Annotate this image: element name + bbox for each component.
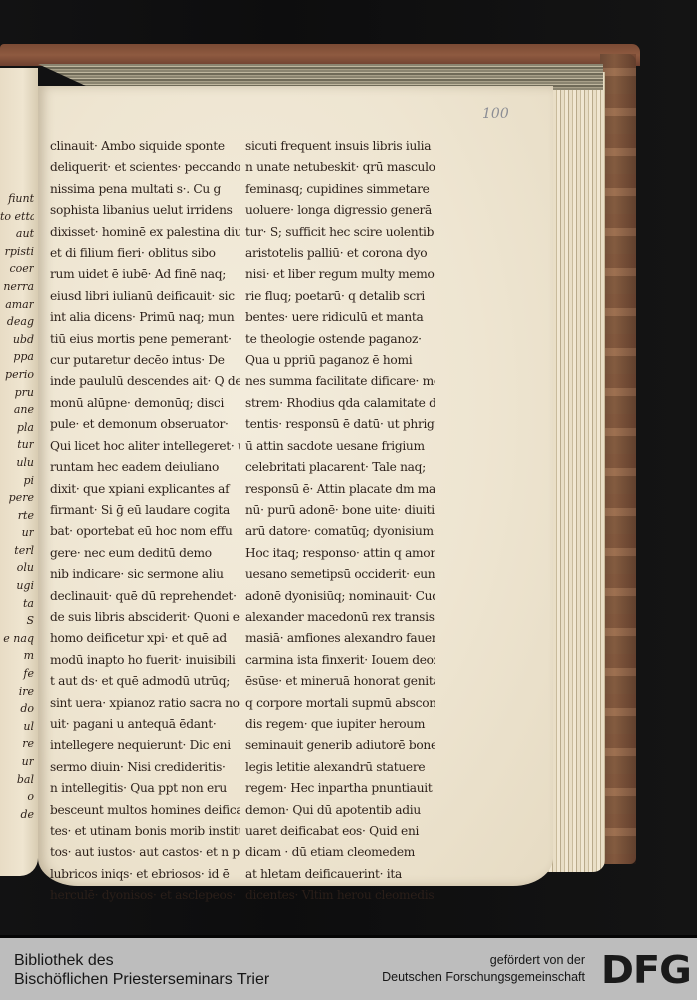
text-line: uoluere· longa digressio generā <box>245 200 435 221</box>
text-line: intellegere nequierunt· Dic eni <box>50 735 240 756</box>
text-line: masiā· amfiones alexandro fauentes· <box>245 628 435 649</box>
text-line: alexander macedonū rex transisset <box>245 607 435 628</box>
text-line: feminasq; cupidines simmetare <box>245 179 435 200</box>
text-line: deliquerit· et scientes· peccando dig <box>50 157 240 178</box>
text-line: seminauit generib adiutorē bone <box>245 735 435 756</box>
text-line: uit· pagani u antequā ēdant· <box>50 714 240 735</box>
left-text-fragment: ppa <box>0 348 34 366</box>
text-line: monū alūpne· demonūq; disci <box>50 393 240 414</box>
text-line: inde paululū descendes ait· Q de <box>50 371 240 392</box>
left-text-fragment: ubd <box>0 331 34 349</box>
text-line: de suis libris absciderit· Quoni eni <box>50 607 240 628</box>
text-line: dis regem· que iupiter heroum <box>245 714 435 735</box>
text-line: responsū ē· Attin placate dm mag <box>245 479 435 500</box>
text-line: lubricos iniqs· et ebriosos· id ē <box>50 864 240 885</box>
left-text-fragment: terl <box>0 542 34 560</box>
left-text-fragment: ta <box>0 595 34 613</box>
left-text-fragment: ugi <box>0 577 34 595</box>
left-text-fragment: o <box>0 788 34 806</box>
text-line: besceunt multos homines deifican <box>50 800 240 821</box>
left-text-fragment: amar <box>0 296 34 314</box>
library-name: Bibliothek des Bischöflichen Priestersem… <box>14 951 269 989</box>
left-text-fragment: ul <box>0 718 34 736</box>
text-line: q corpore mortali supmū abscon <box>245 693 435 714</box>
manuscript-image: fiuntto ettaautrpisticoernerraamardeagub… <box>0 0 697 935</box>
left-text-fragment: tur <box>0 436 34 454</box>
funding-line2: Deutschen Forschungsgemeinschaft <box>382 969 585 986</box>
text-line: n intellegitis· Qua ppt non eru <box>50 778 240 799</box>
left-page-text: fiuntto ettaautrpisticoernerraamardeagub… <box>0 190 34 823</box>
text-line: Hoc itaq; responso· attin q amore <box>245 543 435 564</box>
text-line: herculē· dyonisos· et asclepeos· <box>50 885 240 906</box>
left-text-fragment: fe <box>0 665 34 683</box>
book-cover-top <box>0 44 640 66</box>
left-text-fragment: pla <box>0 419 34 437</box>
text-line: celebritati placarent· Tale naq; <box>245 457 435 478</box>
text-line: adonē dyonisiūq; nominauit· Cuq; <box>245 586 435 607</box>
left-text-fragment: fiunt <box>0 190 34 208</box>
left-text-fragment: rte <box>0 507 34 525</box>
text-line: sermo diuin· Nisi credideritis· <box>50 757 240 778</box>
left-page: fiuntto ettaautrpisticoernerraamardeagub… <box>0 68 38 876</box>
left-text-fragment: re <box>0 735 34 753</box>
left-text-fragment: do <box>0 700 34 718</box>
left-text-fragment: coer <box>0 260 34 278</box>
left-text-fragment: rpisti <box>0 243 34 261</box>
text-line: rum uidet ē iubē· Ad finē naq; <box>50 264 240 285</box>
left-text-fragment: ane <box>0 401 34 419</box>
text-line: nū· purū adonē· bone uite· diuiti <box>245 500 435 521</box>
text-line: tes· et utinam bonis morib institu <box>50 821 240 842</box>
library-name-line2: Bischöflichen Priesterseminars Trier <box>14 970 269 989</box>
footer-bar: Bibliothek des Bischöflichen Priestersem… <box>0 935 697 1000</box>
text-line: int alia dicens· Primū naq; mun <box>50 307 240 328</box>
text-line: n unate netubeskit· qrū masculos <box>245 157 435 178</box>
text-line: ēsūse· et mineruā honorat genitā· <box>245 671 435 692</box>
left-text-fragment: to etta <box>0 208 34 226</box>
text-line: clinauit· Ambo siquide sponte <box>50 136 240 157</box>
left-text-fragment: e naq <box>0 630 34 648</box>
text-column-b: sicuti frequent insuis libris iulian una… <box>245 136 435 907</box>
text-line: et di filium fieri· oblitus sibo <box>50 243 240 264</box>
text-line: tur· S; sufficit hec scire uolentib <box>245 222 435 243</box>
left-text-fragment: ur <box>0 524 34 542</box>
funding-notice: gefördert von der Deutschen Forschungsge… <box>382 952 585 986</box>
text-line: carmina ista finxerit· Iouem deoz <box>245 650 435 671</box>
text-line: cur putaretur decēo intus· De <box>50 350 240 371</box>
text-line: sint uera· xpianoz ratio sacra no <box>50 693 240 714</box>
left-text-fragment: pi <box>0 472 34 490</box>
text-line: tiū eius mortis pene pemerant· <box>50 329 240 350</box>
text-line: firmant· Si ḡ eū laudare cogita <box>50 500 240 521</box>
text-column-a: clinauit· Ambo siquide spontedeliquerit·… <box>50 136 240 907</box>
text-line: at hletam deificauerint· ita <box>245 864 435 885</box>
text-line: eiusd libri iulianū deificauit· sic <box>50 286 240 307</box>
text-line: declinauit· quē dū reprehendet· <box>50 586 240 607</box>
left-text-fragment: olu <box>0 559 34 577</box>
text-line: dicam · dū etiam cleomedem <box>245 842 435 863</box>
text-line: strem· Rhodius qda calamitate de <box>245 393 435 414</box>
text-line: uaret deificabat eos· Quid eni <box>245 821 435 842</box>
text-line: runtam hec eadem deiuliano <box>50 457 240 478</box>
text-line: demon· Qui dū apotentib adiu <box>245 800 435 821</box>
text-line: arū datore· comatūq; dyonisium· <box>245 521 435 542</box>
left-text-fragment: pru <box>0 384 34 402</box>
text-line: homo deificetur xpi· et quē ad <box>50 628 240 649</box>
text-line: bat· oportebat eū hoc nom effu <box>50 521 240 542</box>
page-block-edge <box>545 72 605 872</box>
text-line: tentis· responsū ē datū· ut phrigi <box>245 414 435 435</box>
left-text-fragment: pere <box>0 489 34 507</box>
text-line: aristotelis palliū· et corona dyo <box>245 243 435 264</box>
text-line: sophista libanius uelut irridens <box>50 200 240 221</box>
left-text-fragment: ulu <box>0 454 34 472</box>
left-text-fragment: aut <box>0 225 34 243</box>
text-line: dixisset· hominē ex palestina diu <box>50 222 240 243</box>
text-line: nisi· et liber regum multy memo <box>245 264 435 285</box>
left-text-fragment: ur <box>0 753 34 771</box>
text-line: legis letitie alexandrū statuere <box>245 757 435 778</box>
text-line: gere· nec eum deditū demo <box>50 543 240 564</box>
left-text-fragment: S <box>0 612 34 630</box>
text-line: te theologie ostende paganoz· <box>245 329 435 350</box>
text-line: nissima pena multati s·. Cu g <box>50 179 240 200</box>
text-line: tos· aut iustos· aut castos· et n potī <box>50 842 240 863</box>
text-line: nib indicare· sic sermone aliu <box>50 564 240 585</box>
left-text-fragment: m <box>0 647 34 665</box>
text-line: rie fluq; poetarū· q detalib scri <box>245 286 435 307</box>
text-line: uesano semetipsū occiderit· eundem <box>245 564 435 585</box>
text-line: dicentes· Vltim herou cleomedis <box>245 885 435 906</box>
text-line: Qui licet hoc aliter intellegeret· ue <box>50 436 240 457</box>
left-text-fragment: de <box>0 806 34 824</box>
text-line: regem· Hec inpartha pnuntiauit <box>245 778 435 799</box>
text-line: t aut ds· et quē admodū utrūq; <box>50 671 240 692</box>
left-text-fragment: deag <box>0 313 34 331</box>
text-line: bentes· uere ridiculū et manta <box>245 307 435 328</box>
text-line: modū inapto ho fuerit· inuisibili <box>50 650 240 671</box>
text-line: Qua u ppriū paganoz ē homi <box>245 350 435 371</box>
dfg-logo: DFG <box>601 953 691 987</box>
text-line: pule· et demonum obseruator· <box>50 414 240 435</box>
text-line: dixit· que xpiani explicantes af <box>50 479 240 500</box>
text-line: sicuti frequent insuis libris iulia <box>245 136 435 157</box>
left-text-fragment: nerra <box>0 278 34 296</box>
library-name-line1: Bibliothek des <box>14 951 269 970</box>
left-text-fragment: perio <box>0 366 34 384</box>
text-line: nes summa facilitate dificare· mon <box>245 371 435 392</box>
folio-number: 100 <box>482 106 509 122</box>
text-line: ū attin sacdote uesane frigium <box>245 436 435 457</box>
left-text-fragment: ire <box>0 683 34 701</box>
book-cover-right <box>600 54 636 864</box>
funding-line1: gefördert von der <box>382 952 585 969</box>
left-text-fragment: bal <box>0 771 34 789</box>
